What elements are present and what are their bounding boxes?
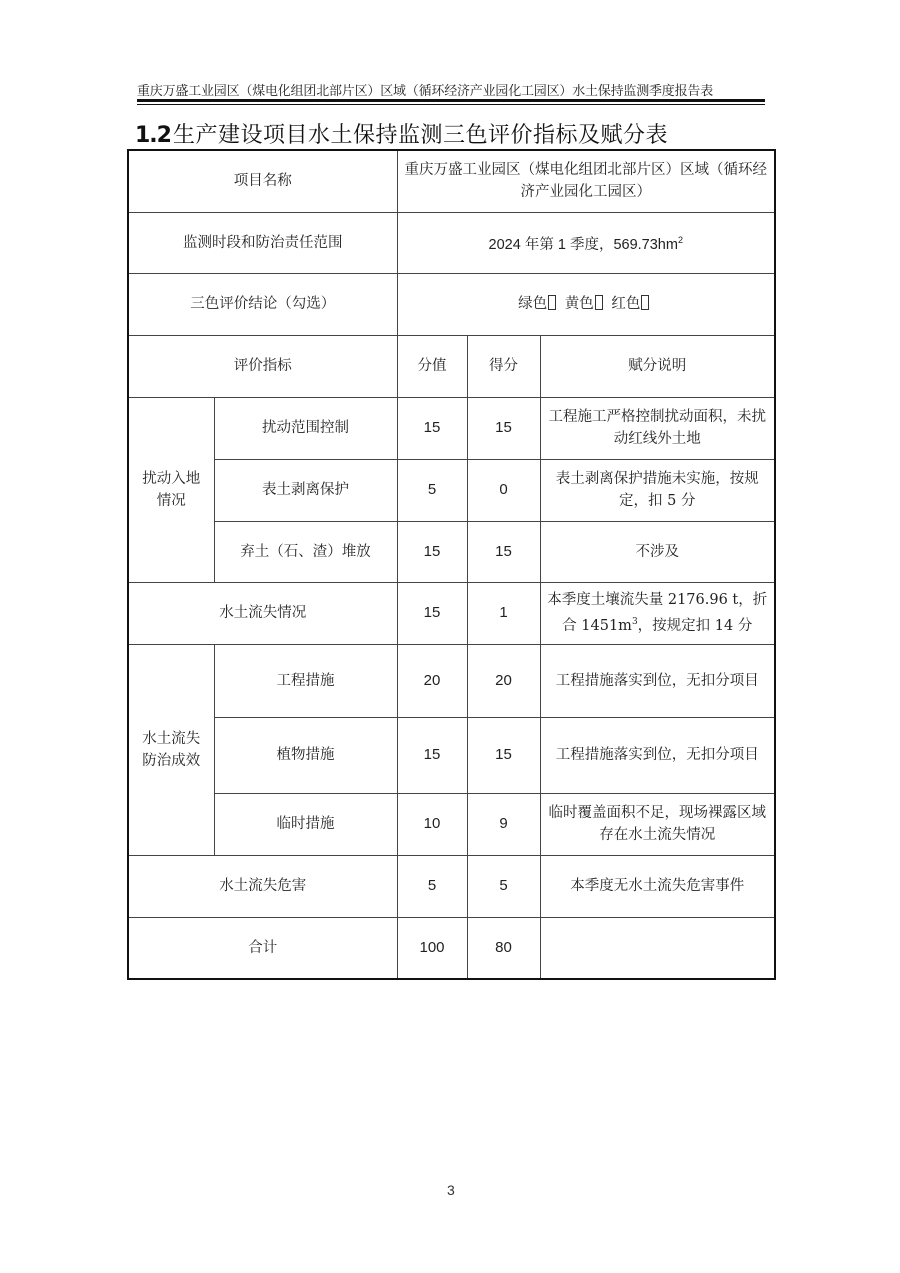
row-name: 水土流失危害: [128, 855, 397, 917]
row-max: 10: [397, 793, 467, 855]
period-label: 监测时段和防治责任范围: [128, 212, 397, 273]
row-name: 扰动范围控制: [214, 397, 397, 459]
group-disturbance: 扰动入地情况: [128, 397, 214, 582]
row-note: 工程施工严格控制扰动面积，未扰动红线外土地: [540, 397, 775, 459]
table-row: 植物措施 15 15 工程措施落实到位，无扣分项目: [128, 717, 775, 793]
row-score: 20: [467, 644, 540, 717]
header-rule-thin: [137, 104, 765, 105]
period-row: 监测时段和防治责任范围 2024 年第 1 季度，569.73hm2: [128, 212, 775, 273]
group-prevention-label: 水土流失防治成效: [137, 728, 205, 772]
row-score: 15: [467, 521, 540, 582]
row-max: 5: [397, 459, 467, 521]
section-number: 1.2: [135, 123, 171, 148]
table-row: 水土流失防治成效 工程措施 20 20 工程措施落实到位，无扣分项目: [128, 644, 775, 717]
row-score: 1: [467, 582, 540, 644]
row-note: 表土剥离保护措施未实施，按规定，扣 5 分: [540, 459, 775, 521]
total-label: 合计: [128, 917, 397, 979]
row-name: 植物措施: [214, 717, 397, 793]
col-header-indicator: 评价指标: [128, 335, 397, 397]
row-name: 临时措施: [214, 793, 397, 855]
section-title: 1.2生产建设项目水土保持监测三色评价指标及赋分表: [135, 118, 668, 149]
row-score: 15: [467, 717, 540, 793]
option-yellow-label: 黄色: [565, 296, 594, 312]
header-rule-thick: [137, 99, 765, 102]
row-note: 工程措施落实到位，无扣分项目: [540, 644, 775, 717]
col-header-score: 得分: [467, 335, 540, 397]
period-value: 2024 年第 1 季度，569.73hm2: [397, 212, 775, 273]
row-note: 临时覆盖面积不足，现场裸露区域存在水土流失情况: [540, 793, 775, 855]
project-name-label: 项目名称: [128, 150, 397, 212]
row-name: 工程措施: [214, 644, 397, 717]
option-green-checkbox[interactable]: [548, 295, 556, 310]
row-score: 0: [467, 459, 540, 521]
scoring-table: 项目名称 重庆万盛工业园区（煤电化组团北部片区）区域（循环经济产业园化工园区） …: [127, 149, 776, 980]
row-score: 15: [467, 397, 540, 459]
table-row: 表土剥离保护 5 0 表土剥离保护措施未实施，按规定，扣 5 分: [128, 459, 775, 521]
row-max: 5: [397, 855, 467, 917]
table-row: 水土流失情况 15 1 本季度土壤流失量 2176.96 t，折合 1451m3…: [128, 582, 775, 644]
period-value-text: 2024 年第 1 季度，569.73hm: [489, 237, 678, 253]
row-note: 本季度土壤流失量 2176.96 t，折合 1451m3，按规定扣 14 分: [540, 582, 775, 644]
total-max: 100: [397, 917, 467, 979]
row-note: 不涉及: [540, 521, 775, 582]
row-name: 弃土（石、渣）堆放: [214, 521, 397, 582]
option-red-label: 红色: [611, 296, 640, 312]
row-score: 5: [467, 855, 540, 917]
col-header-max-score: 分值: [397, 335, 467, 397]
total-row: 合计 100 80: [128, 917, 775, 979]
conclusion-options: 绿色 黄色 红色: [397, 273, 775, 335]
row-note: 工程措施落实到位，无扣分项目: [540, 717, 775, 793]
total-score: 80: [467, 917, 540, 979]
table-row: 弃土（石、渣）堆放 15 15 不涉及: [128, 521, 775, 582]
option-yellow-checkbox[interactable]: [595, 295, 603, 310]
total-note: [540, 917, 775, 979]
table-row: 临时措施 10 9 临时覆盖面积不足，现场裸露区域存在水土流失情况: [128, 793, 775, 855]
row-max: 15: [397, 582, 467, 644]
row-max: 15: [397, 521, 467, 582]
row-name: 表土剥离保护: [214, 459, 397, 521]
table-row: 水土流失危害 5 5 本季度无水土流失危害事件: [128, 855, 775, 917]
row-note-suffix: ，按规定扣 14 分: [638, 618, 753, 634]
row-max: 15: [397, 717, 467, 793]
conclusion-label: 三色评价结论（勾选）: [128, 273, 397, 335]
row-name: 水土流失情况: [128, 582, 397, 644]
project-name-value: 重庆万盛工业园区（煤电化组团北部片区）区域（循环经济产业园化工园区）: [397, 150, 775, 212]
section-title-text: 生产建设项目水土保持监测三色评价指标及赋分表: [173, 123, 668, 148]
page-number: 3: [447, 1182, 455, 1198]
col-header-explanation: 赋分说明: [540, 335, 775, 397]
row-max: 20: [397, 644, 467, 717]
group-disturbance-label: 扰动入地情况: [137, 468, 205, 512]
conclusion-row: 三色评价结论（勾选） 绿色 黄色 红色: [128, 273, 775, 335]
period-value-sup: 2: [678, 235, 683, 245]
running-header: 重庆万盛工业园区（煤电化组团北部片区）区域（循环经济产业园化工园区）水土保持监测…: [137, 80, 713, 99]
table-row: 扰动入地情况 扰动范围控制 15 15 工程施工严格控制扰动面积，未扰动红线外土…: [128, 397, 775, 459]
option-green-label: 绿色: [518, 296, 547, 312]
project-name-row: 项目名称 重庆万盛工业园区（煤电化组团北部片区）区域（循环经济产业园化工园区）: [128, 150, 775, 212]
option-red-checkbox[interactable]: [641, 295, 649, 310]
column-header-row: 评价指标 分值 得分 赋分说明: [128, 335, 775, 397]
group-prevention: 水土流失防治成效: [128, 644, 214, 855]
row-max: 15: [397, 397, 467, 459]
row-note: 本季度无水土流失危害事件: [540, 855, 775, 917]
row-score: 9: [467, 793, 540, 855]
